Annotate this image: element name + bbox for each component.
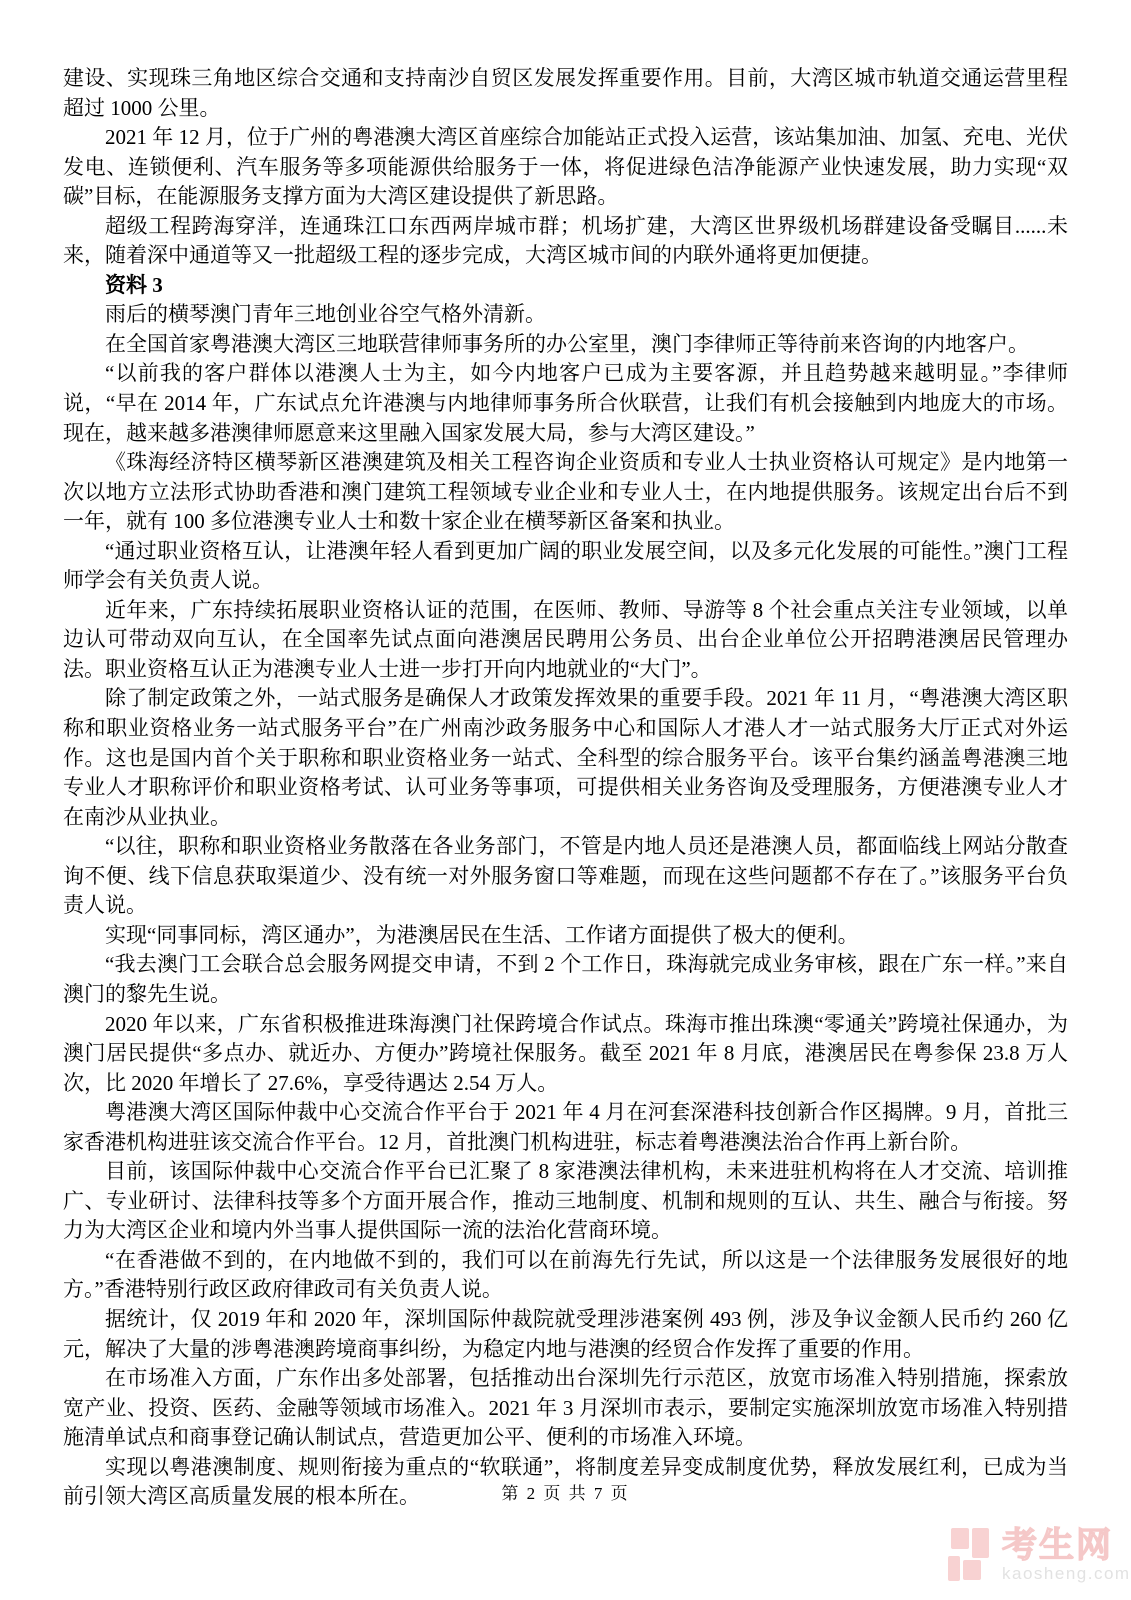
logo-block (963, 1560, 981, 1580)
watermark-domain: kaosheng.com (1002, 1564, 1131, 1584)
paragraph: 目前，该国际仲裁中心交流合作平台已汇聚了 8 家港澳法律机构，未来进驻机构将在人… (63, 1157, 1068, 1246)
paragraph: “以往，职称和职业资格业务散落在各业务部门，不管是内地人员还是港澳人员，都面临线… (63, 832, 1068, 921)
paragraph: 2020 年以来，广东省积极推进珠海澳门社保跨境合作试点。珠海市推出珠澳“零通关… (63, 1010, 1068, 1099)
paragraph: 在市场准入方面，广东作出多处部署，包括推动出台深圳先行示范区，放宽市场准入特别措… (63, 1364, 1068, 1453)
paragraph: 建设、实现珠三角地区综合交通和支持南沙自贸区发展发挥重要作用。目前，大湾区城市轨… (63, 64, 1068, 123)
page-number: 第 2 页 共 7 页 (0, 1479, 1131, 1504)
paragraph: “在香港做不到的，在内地做不到的，我们可以在前海先行先试，所以这是一个法律服务发… (63, 1246, 1068, 1305)
logo-block (972, 1528, 989, 1558)
paragraph: “我去澳门工会联合总会服务网提交申请，不到 2 个工作日，珠海就完成业务审核，跟… (63, 950, 1068, 1009)
paragraph: 雨后的横琴澳门青年三地创业谷空气格外清新。 (63, 300, 1068, 330)
document-body: 建设、实现珠三角地区综合交通和支持南沙自贸区发展发挥重要作用。目前，大湾区城市轨… (63, 64, 1068, 1512)
kaosheng-logo-icon (948, 1528, 990, 1582)
paragraph: 超级工程跨海穿洋，连通珠江口东西两岸城市群；机场扩建，大湾区世界级机场群建设备受… (63, 212, 1068, 271)
logo-block (948, 1556, 960, 1581)
paragraph: 实现“同事同标，湾区通办”，为港澳居民在生活、工作诸方面提供了极大的便利。 (63, 921, 1068, 951)
paragraph: 近年来，广东持续拓展职业资格认证的范围，在医师、教师、导游等 8 个社会重点关注… (63, 596, 1068, 685)
paragraph: 除了制定政策之外，一站式服务是确保人才政策发挥效果的重要手段。2021 年 11… (63, 684, 1068, 832)
watermark-brand: 考生网 (1002, 1528, 1131, 1564)
logo-block (951, 1528, 969, 1549)
paragraph: 粤港澳大湾区国际仲裁中心交流合作平台于 2021 年 4 月在河套深港科技创新合… (63, 1098, 1068, 1157)
paragraph: 在全国首家粤港澳大湾区三地联营律师事务所的办公室里，澳门李律师正等待前来咨询的内… (63, 330, 1068, 360)
paragraph: 据统计，仅 2019 年和 2020 年，深圳国际仲裁院就受理涉港案例 493 … (63, 1305, 1068, 1364)
paragraph: “以前我的客户群体以港澳人士为主，如今内地客户已成为主要客源，并且趋势越来越明显… (63, 359, 1068, 448)
paragraph: “通过职业资格互认，让港澳年轻人看到更加广阔的职业发展空间，以及多元化发展的可能… (63, 537, 1068, 596)
document-page: { "document": { "paragraphs": [ {"text":… (0, 0, 1131, 1600)
kaosheng-watermark: 考生网 kaosheng.com (948, 1528, 1131, 1584)
paragraph: 2021 年 12 月，位于广州的粤港澳大湾区首座综合加能站正式投入运营，该站集… (63, 123, 1068, 212)
watermark-text: 考生网 kaosheng.com (1002, 1528, 1131, 1584)
section-heading: 资料 3 (63, 271, 1068, 301)
paragraph: 《珠海经济特区横琴新区港澳建筑及相关工程咨询企业资质和专业人士执业资格认可规定》… (63, 448, 1068, 537)
